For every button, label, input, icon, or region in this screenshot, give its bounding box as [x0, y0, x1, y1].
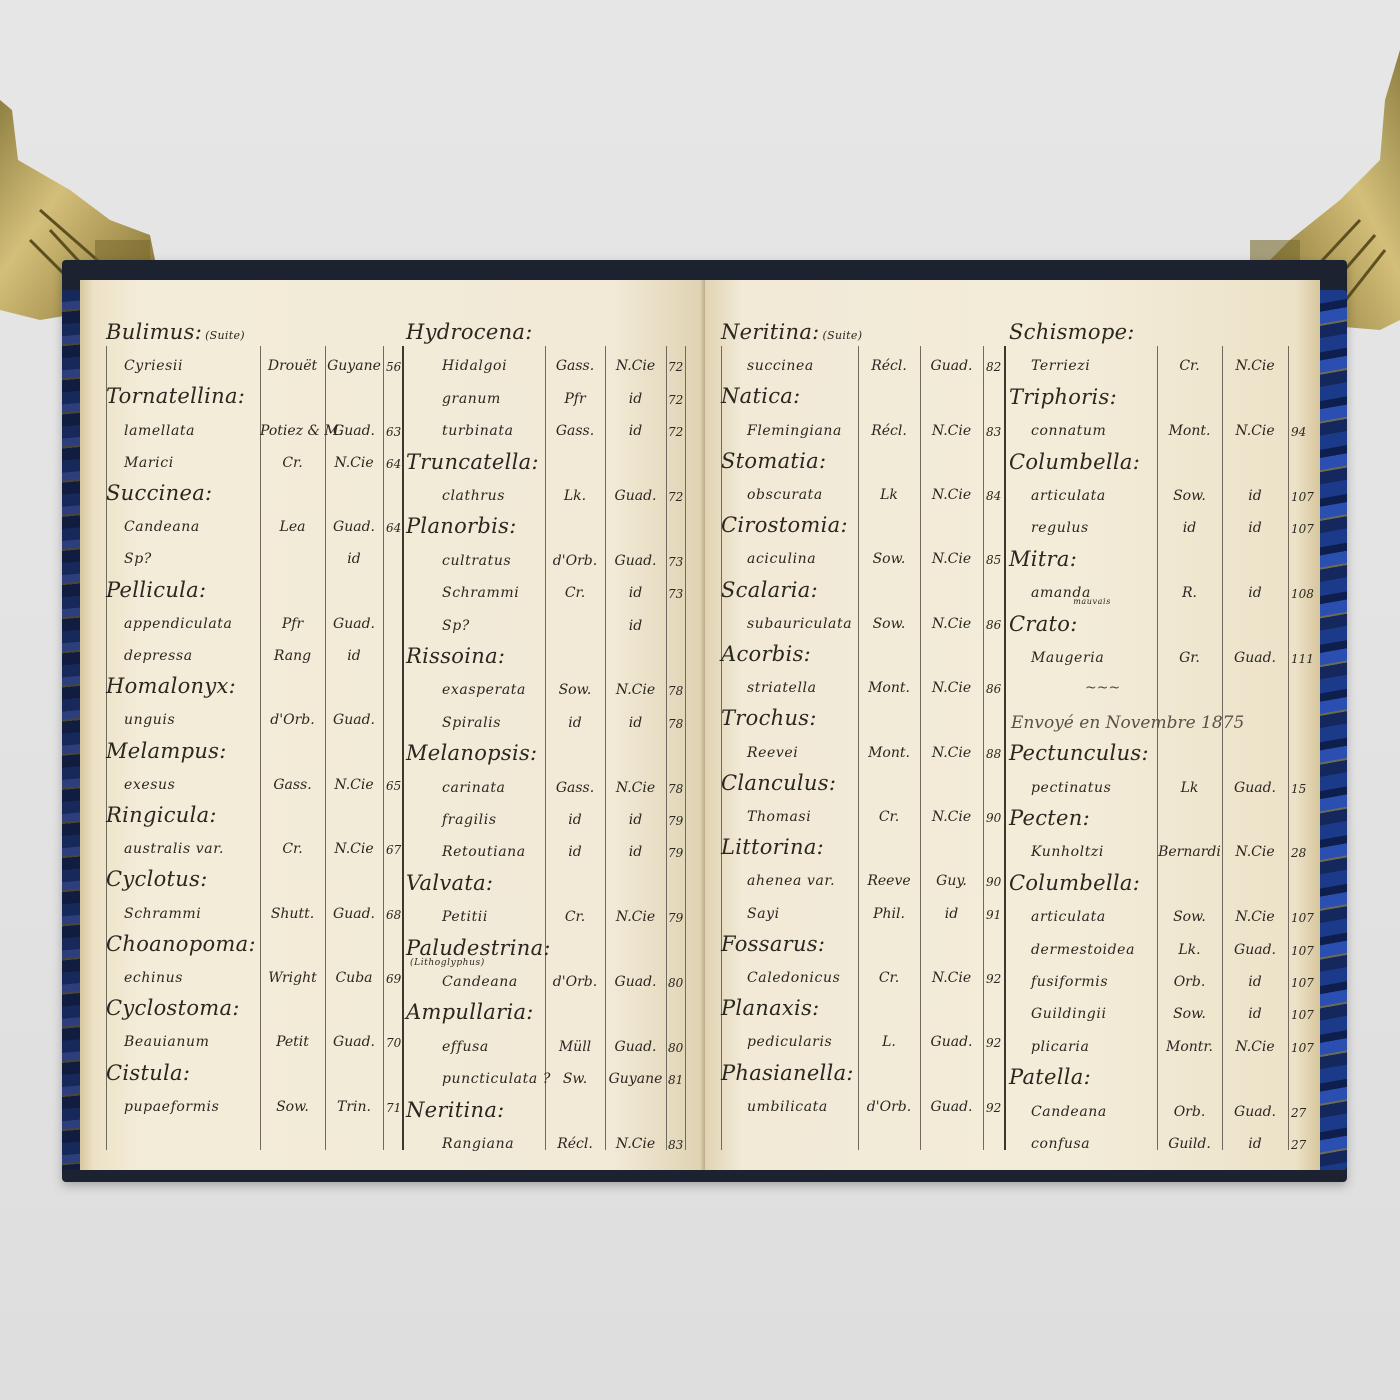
species-row: SayiPhil.id91 — [717, 900, 1007, 932]
locality-cell: N.Cie — [325, 841, 383, 857]
species-row: fragilisidid79 — [402, 806, 702, 838]
author-cell: Cr. — [858, 970, 920, 986]
species-label: unguis — [124, 712, 175, 728]
page-number-cell: 67 — [386, 843, 401, 857]
species-label: Spiralis — [442, 715, 501, 731]
species-label: Petitii — [442, 909, 488, 925]
genus-name: Neritina:(Suite) — [721, 320, 862, 344]
species-name: Candeana — [442, 974, 518, 990]
author-cell: Gass. — [545, 358, 605, 374]
genus-row: Planorbis: — [402, 514, 702, 546]
species-label: fusiformis — [1031, 974, 1108, 990]
species-label: pedicularis — [747, 1034, 832, 1050]
species-row: dermestoideaLk.Guad.107 — [1005, 936, 1305, 968]
species-row: lamellataPotiez & M.Guad.63 — [102, 417, 402, 449]
species-label: puncticulata ? — [442, 1071, 551, 1087]
locality-cell: Guyane — [605, 1071, 666, 1087]
author-cell: Cr. — [858, 809, 920, 825]
genus-name: Choanopoma: — [106, 932, 256, 956]
genus-row: Triphoris: — [1005, 385, 1305, 417]
genus-name: Clanculus: — [721, 771, 836, 795]
species-name: pectinatus — [1031, 780, 1111, 796]
locality-cell: id — [1222, 1006, 1288, 1022]
author-cell: Orb. — [1157, 974, 1222, 990]
species-row: MaugeriaGr.Guad.111 — [1005, 644, 1305, 676]
species-row: succineaRécl.Guad.82 — [717, 352, 1007, 384]
author-cell: d'Orb. — [545, 553, 605, 569]
genus-row: Truncatella: — [402, 450, 702, 482]
species-label: echinus — [124, 970, 183, 986]
author-cell: Récl. — [545, 1136, 605, 1152]
species-label: connatum — [1031, 423, 1106, 439]
species-row: KunholtziBernardiN.Cie28 — [1005, 838, 1305, 870]
locality-cell: Guad. — [920, 1099, 983, 1115]
species-label: Terriezi — [1031, 358, 1090, 374]
species-name: ahenea var. — [747, 873, 835, 889]
species-row: articulataSow.N.Cie107 — [1005, 903, 1305, 935]
species-row: australis var.Cr.N.Cie67 — [102, 835, 402, 867]
species-row: CaledonicusCr.N.Cie92 — [717, 964, 1007, 996]
genus-name: Bulimus:(Suite) — [106, 320, 245, 344]
genus-name: Valvata: — [406, 871, 493, 895]
genus-label: Ampullaria: — [406, 1000, 534, 1024]
author-cell: Guild. — [1157, 1136, 1222, 1152]
locality-cell: Guad. — [1222, 942, 1288, 958]
genus-row: Rissoina: — [402, 644, 702, 676]
species-name: Kunholtzi — [1031, 844, 1104, 860]
continuation-note: (Suite) — [205, 329, 245, 342]
author-cell: Lk — [858, 487, 920, 503]
species-name: articulata — [1031, 488, 1106, 504]
species-name: Reevei — [747, 745, 798, 761]
note-row: ~~~ — [1005, 676, 1305, 708]
species-row: ahenea var.ReeveGuy.90 — [717, 867, 1007, 899]
author-cell: id — [545, 715, 605, 731]
species-name: fusiformis — [1031, 974, 1108, 990]
genus-name: Tornatellina: — [106, 384, 245, 408]
genus-row: Valvata: — [402, 871, 702, 903]
species-label: aciculina — [747, 551, 816, 567]
genus-row: Neritina: — [402, 1098, 702, 1130]
author-cell: Pfr — [260, 616, 325, 632]
locality-cell: Guad. — [605, 553, 666, 569]
locality-cell: Guad. — [325, 712, 383, 728]
genus-label: Columbella: — [1009, 450, 1140, 474]
species-row: pupaeformisSow.Trin.71 — [102, 1093, 402, 1125]
page-number-cell: 82 — [986, 360, 1001, 374]
page-number-cell: 73 — [668, 555, 683, 569]
species-name: fragilis — [442, 812, 497, 828]
species-label: umbilicata — [747, 1099, 828, 1115]
species-name: Maugeria — [1031, 650, 1104, 666]
genus-label: Trochus: — [721, 706, 817, 730]
author-cell: d'Orb. — [260, 712, 325, 728]
species-name: Terriezi — [1031, 358, 1090, 374]
genus-row: Stomatia: — [717, 449, 1007, 481]
author-cell: Sw. — [545, 1071, 605, 1087]
species-name: subauriculata — [747, 616, 852, 632]
locality-cell: Guad. — [1222, 650, 1288, 666]
page-number-cell: 65 — [386, 779, 401, 793]
species-row: RangianaRécl.N.Cie83 — [402, 1130, 702, 1162]
species-label: Guildingii — [1031, 1006, 1107, 1022]
species-row: HidalgoiGass.N.Cie72 — [402, 352, 702, 384]
locality-cell: Guad. — [325, 519, 383, 535]
author-cell: Wright — [260, 970, 325, 986]
author-cell: Lk — [1157, 780, 1222, 796]
species-row: depressaRangid — [102, 642, 402, 674]
genus-name: Mitra: — [1009, 547, 1077, 571]
species-label: plicaria — [1031, 1039, 1089, 1055]
species-name: Hidalgoi — [442, 358, 507, 374]
synonym-note: (Lithoglyphus) — [410, 958, 485, 968]
locality-cell: N.Cie — [605, 780, 666, 796]
locality-cell: N.Cie — [1222, 844, 1288, 860]
species-label: Candeana — [1031, 1104, 1107, 1120]
species-name: articulata — [1031, 909, 1106, 925]
page-number-cell: 86 — [986, 618, 1001, 632]
species-label: Schrammi — [442, 585, 519, 601]
genus-label: Rissoina: — [406, 644, 505, 668]
author-cell: Gass. — [545, 780, 605, 796]
author-cell: Montr. — [1157, 1039, 1222, 1055]
note-row: Envoyé en Novembre 1875 — [1005, 709, 1305, 741]
genus-label: Acorbis: — [721, 642, 811, 666]
author-cell: Potiez & M. — [260, 423, 325, 439]
species-name: plicaria — [1031, 1039, 1089, 1055]
species-label: regulus — [1031, 520, 1089, 536]
genus-label: Valvata: — [406, 871, 493, 895]
species-row: Sp?id — [402, 612, 702, 644]
genus-row: Trochus: — [717, 706, 1007, 738]
species-name: Petitii — [442, 909, 488, 925]
page-number-cell: 107 — [1291, 490, 1314, 504]
species-label: Cyriesii — [124, 358, 183, 374]
species-row: carinataGass.N.Cie78 — [402, 774, 702, 806]
genus-label: Stomatia: — [721, 449, 826, 473]
genus-name: Truncatella: — [406, 450, 539, 474]
page-number-cell: 107 — [1291, 522, 1314, 536]
species-row: amandamauvaisR.id108 — [1005, 579, 1305, 611]
author-cell: L. — [858, 1034, 920, 1050]
species-name: turbinata — [442, 423, 514, 439]
species-name: obscurata — [747, 487, 823, 503]
author-cell: Cr. — [260, 455, 325, 471]
species-label: Caledonicus — [747, 970, 840, 986]
species-label: appendiculata — [124, 616, 232, 632]
species-name: Guildingii — [1031, 1006, 1107, 1022]
species-label: pectinatus — [1031, 780, 1111, 796]
species-name: australis var. — [124, 841, 224, 857]
marbled-cover-right-edge — [1317, 290, 1347, 1170]
left-page-column-2: Hydrocena:HidalgoiGass.N.Cie72granumPfri… — [402, 280, 702, 1150]
genus-label: Phasianella: — [721, 1061, 854, 1085]
page-number-cell: 73 — [668, 587, 683, 601]
author-cell: Müll — [545, 1039, 605, 1055]
species-row: granumPfrid72 — [402, 385, 702, 417]
species-name: succinea — [747, 358, 814, 374]
locality-cell: Guad. — [605, 488, 666, 504]
genus-name: Phasianella: — [721, 1061, 854, 1085]
author-cell: Mont. — [858, 745, 920, 761]
genus-name: Melampus: — [106, 739, 227, 763]
genus-label: Choanopoma: — [106, 932, 256, 956]
locality-cell: N.Cie — [325, 777, 383, 793]
genus-label: Columbella: — [1009, 871, 1140, 895]
author-cell: d'Orb. — [545, 974, 605, 990]
marbled-cover-left-edge — [62, 290, 82, 1170]
genus-label: Cyclotus: — [106, 867, 208, 891]
genus-label: Pellicula: — [106, 578, 206, 602]
locality-cell: id — [605, 812, 666, 828]
species-name: Flemingiana — [747, 423, 842, 439]
page-number-cell: 92 — [986, 1036, 1001, 1050]
genus-row: Columbella: — [1005, 450, 1305, 482]
species-name: pedicularis — [747, 1034, 832, 1050]
locality-cell: Guad. — [920, 358, 983, 374]
species-name: cultratus — [442, 553, 511, 569]
species-name: effusa — [442, 1039, 489, 1055]
locality-cell: id — [605, 423, 666, 439]
species-row: regulusidid107 — [1005, 514, 1305, 546]
locality-cell: Cuba — [325, 970, 383, 986]
right-page: Neritina:(Suite)succineaRécl.Guad.82Nati… — [705, 280, 1320, 1170]
page-number-cell: 69 — [386, 972, 401, 986]
genus-label: Cyclostoma: — [106, 996, 240, 1020]
species-name: granum — [442, 391, 501, 407]
genus-row: Planaxis: — [717, 996, 1007, 1028]
locality-cell: Trin. — [325, 1099, 383, 1115]
genus-name: Acorbis: — [721, 642, 811, 666]
page-number-cell: 84 — [986, 489, 1001, 503]
species-name: Marici — [124, 455, 174, 471]
genus-row: Mitra: — [1005, 547, 1305, 579]
species-row: fusiformisOrb.id107 — [1005, 968, 1305, 1000]
page-number-cell: 107 — [1291, 1041, 1314, 1055]
species-label: clathrus — [442, 488, 505, 504]
locality-cell: N.Cie — [920, 680, 983, 696]
author-cell: id — [1157, 520, 1222, 536]
page-number-cell: 78 — [668, 782, 683, 796]
locality-cell: N.Cie — [1222, 1039, 1288, 1055]
author-cell: Sow. — [858, 616, 920, 632]
species-row: CandeanaLeaGuad.64 — [102, 513, 402, 545]
genus-label: Clanculus: — [721, 771, 836, 795]
genus-row: Homalonyx: — [102, 674, 402, 706]
locality-cell: N.Cie — [920, 809, 983, 825]
species-label: articulata — [1031, 909, 1106, 925]
genus-row: Neritina:(Suite) — [717, 320, 1007, 352]
page-number-cell: 56 — [386, 360, 401, 374]
locality-cell: Guy. — [920, 873, 983, 889]
page-number-cell: 90 — [986, 875, 1001, 889]
species-row: effusaMüllGuad.80 — [402, 1033, 702, 1065]
species-row: GuildingiiSow.id107 — [1005, 1000, 1305, 1032]
author-cell: Sow. — [858, 551, 920, 567]
author-cell: Shutt. — [260, 906, 325, 922]
locality-cell: Guad. — [605, 1039, 666, 1055]
species-row: pectinatusLkGuad.15 — [1005, 774, 1305, 806]
locality-cell: id — [605, 715, 666, 731]
genus-label: Pectunculus: — [1009, 741, 1149, 765]
page-number-cell: 107 — [1291, 911, 1314, 925]
genus-name: Pellicula: — [106, 578, 206, 602]
locality-cell: N.Cie — [325, 455, 383, 471]
species-row: articulataSow.id107 — [1005, 482, 1305, 514]
author-cell: Pfr — [545, 391, 605, 407]
locality-cell: N.Cie — [1222, 423, 1288, 439]
species-label: carinata — [442, 780, 506, 796]
species-label: striatella — [747, 680, 817, 696]
species-name: echinus — [124, 970, 183, 986]
author-cell: Gr. — [1157, 650, 1222, 666]
species-name: exasperata — [442, 682, 526, 698]
genus-row: Pellicula: — [102, 578, 402, 610]
genus-row: Crato: — [1005, 612, 1305, 644]
locality-cell: Guad. — [325, 423, 383, 439]
page-number-cell: 92 — [986, 972, 1001, 986]
genus-label: Schismope: — [1009, 320, 1135, 344]
genus-label: Natica: — [721, 384, 801, 408]
species-label: fragilis — [442, 812, 497, 828]
locality-cell: id — [920, 906, 983, 922]
author-cell: Sow. — [1157, 909, 1222, 925]
species-label: Reevei — [747, 745, 798, 761]
page-number-cell: 107 — [1291, 1008, 1314, 1022]
species-row: plicariaMontr.N.Cie107 — [1005, 1033, 1305, 1065]
genus-label: Cirostomia: — [721, 513, 848, 537]
locality-cell: N.Cie — [920, 970, 983, 986]
genus-label: Ringicula: — [106, 803, 217, 827]
genus-row: Patella: — [1005, 1065, 1305, 1097]
species-label: cultratus — [442, 553, 511, 569]
locality-cell: id — [1222, 520, 1288, 536]
locality-cell: N.Cie — [920, 745, 983, 761]
species-label: subauriculata — [747, 616, 852, 632]
author-cell: Sow. — [1157, 488, 1222, 504]
species-label: Marici — [124, 455, 174, 471]
species-label: granum — [442, 391, 501, 407]
locality-cell: N.Cie — [605, 909, 666, 925]
species-row: exasperataSow.N.Cie78 — [402, 676, 702, 708]
species-name: Caledonicus — [747, 970, 840, 986]
page-number-cell: 78 — [668, 684, 683, 698]
genus-row: Natica: — [717, 384, 1007, 416]
species-label: turbinata — [442, 423, 514, 439]
genus-label: Melanopsis: — [406, 741, 537, 765]
genus-name: Paludestrina:(Lithoglyphus) — [406, 936, 551, 960]
author-cell: Lk. — [1157, 942, 1222, 958]
locality-cell: Guyane — [325, 358, 383, 374]
page-number-cell: 70 — [386, 1036, 401, 1050]
locality-cell: id — [605, 618, 666, 634]
genus-row: Bulimus:(Suite) — [102, 320, 402, 352]
species-name: dermestoidea — [1031, 942, 1135, 958]
page-number-cell: 71 — [386, 1101, 401, 1115]
genus-row: Cirostomia: — [717, 513, 1007, 545]
page-number-cell: 107 — [1291, 944, 1314, 958]
genus-name: Rissoina: — [406, 644, 505, 668]
page-number-cell: 64 — [386, 457, 401, 471]
locality-cell: N.Cie — [1222, 358, 1288, 374]
locality-cell: id — [1222, 1136, 1288, 1152]
genus-row: Littorina: — [717, 835, 1007, 867]
genus-name: Homalonyx: — [106, 674, 236, 698]
genus-name: Planaxis: — [721, 996, 820, 1020]
author-cell: Cr. — [545, 909, 605, 925]
genus-name: Littorina: — [721, 835, 824, 859]
locality-cell: N.Cie — [920, 487, 983, 503]
page-number-cell: 88 — [986, 747, 1001, 761]
species-name: Cyriesii — [124, 358, 183, 374]
genus-label: Crato: — [1009, 612, 1078, 636]
genus-name: Cyclostoma: — [106, 996, 240, 1020]
page-number-cell: 80 — [668, 976, 683, 990]
species-label: effusa — [442, 1039, 489, 1055]
genus-label: Scalaria: — [721, 578, 818, 602]
species-name: Sp? — [124, 551, 152, 567]
genus-row: Choanopoma: — [102, 932, 402, 964]
species-row: appendiculataPfrGuad. — [102, 610, 402, 642]
page-number-cell: 27 — [1291, 1106, 1306, 1120]
genus-name: Cyclotus: — [106, 867, 208, 891]
page-number-cell: 79 — [668, 846, 683, 860]
page-number-cell: 72 — [668, 360, 683, 374]
genus-row: Pecten: — [1005, 806, 1305, 838]
shipment-note: Envoyé en Novembre 1875 — [1011, 713, 1244, 733]
species-label: ahenea var. — [747, 873, 835, 889]
species-row: PetitiiCr.N.Cie79 — [402, 903, 702, 935]
species-row: obscurataLkN.Cie84 — [717, 481, 1007, 513]
genus-label: Planaxis: — [721, 996, 820, 1020]
author-cell: Récl. — [858, 358, 920, 374]
page-number-cell: 78 — [668, 717, 683, 731]
species-name: carinata — [442, 780, 506, 796]
locality-cell: id — [1222, 585, 1288, 601]
species-name: unguis — [124, 712, 175, 728]
genus-name: Ringicula: — [106, 803, 217, 827]
page-number-cell: 72 — [668, 490, 683, 504]
author-cell: d'Orb. — [858, 1099, 920, 1115]
locality-cell: N.Cie — [920, 616, 983, 632]
genus-name: Fossarus: — [721, 932, 825, 956]
species-name: puncticulata ? — [442, 1071, 551, 1087]
species-row: connatumMont.N.Cie94 — [1005, 417, 1305, 449]
page-number-cell: 108 — [1291, 587, 1314, 601]
author-cell: id — [545, 812, 605, 828]
species-row: MariciCr.N.Cie64 — [102, 449, 402, 481]
species-row: aciculinaSow.N.Cie85 — [717, 545, 1007, 577]
genus-row: Pectunculus: — [1005, 741, 1305, 773]
author-cell: id — [545, 844, 605, 860]
species-row: Retoutianaidid79 — [402, 838, 702, 870]
genus-name: Columbella: — [1009, 871, 1140, 895]
locality-cell: N.Cie — [920, 423, 983, 439]
species-row: puncticulata ?Sw.Guyane81 — [402, 1065, 702, 1097]
genus-name: Trochus: — [721, 706, 817, 730]
page-number-cell: 91 — [986, 908, 1001, 922]
genus-name: Planorbis: — [406, 514, 517, 538]
species-label: lamellata — [124, 423, 195, 439]
species-row: unguisd'Orb.Guad. — [102, 706, 402, 738]
species-name: confusa — [1031, 1136, 1090, 1152]
species-label: Sp? — [124, 551, 152, 567]
species-row: Spiralisidid78 — [402, 709, 702, 741]
author-cell: Cr. — [260, 841, 325, 857]
species-name: pupaeformis — [124, 1099, 219, 1115]
locality-cell: Guad. — [325, 1034, 383, 1050]
species-name: connatum — [1031, 423, 1106, 439]
